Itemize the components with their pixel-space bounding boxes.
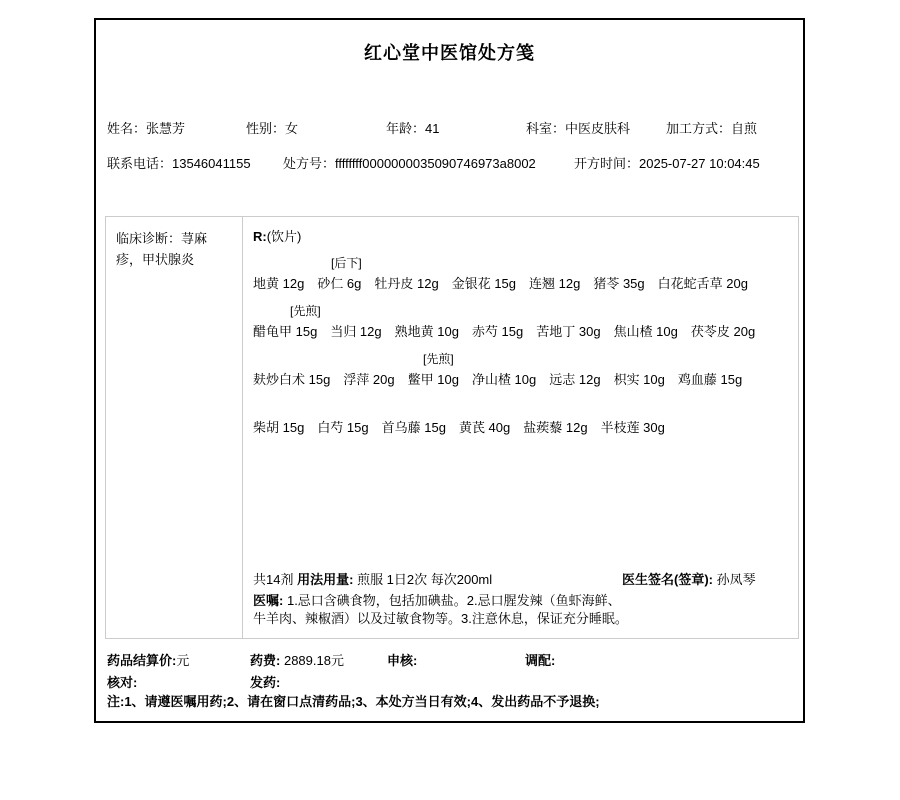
page: { "title": "红心堂中医馆处方笺", "patient": { "na… xyxy=(0,0,900,800)
herb-groups: [后下]地黄 12g砂仁 6g牡丹皮 12g金银花 15g连翘 12g猪苓 35… xyxy=(253,253,788,445)
herb-item: 猪苓 35g xyxy=(593,276,644,291)
doctor-advice: 医嘱: 1.忌口含碘食物，包括加碘盐。2.忌口腥发辣（鱼虾海鲜、 牛羊肉、辣椒酒… xyxy=(253,592,683,628)
patient-department-value: 中医皮肤科 xyxy=(565,121,630,136)
fee-value: 2889.18元 xyxy=(284,653,344,668)
herb-line: 醋龟甲 15g当归 12g熟地黄 10g赤芍 15g苦地丁 30g焦山楂 10g… xyxy=(253,322,788,349)
doctor-signature-label: 医生签名(签章): xyxy=(622,572,713,587)
herb-item: 浮萍 20g xyxy=(343,372,394,387)
patient-phone-value: 13546041155 xyxy=(172,156,251,171)
prescription-cell: R:(饮片) [后下]地黄 12g砂仁 6g牡丹皮 12g金银花 15g连翘 1… xyxy=(243,217,798,638)
settle-price-value: 元 xyxy=(176,653,189,668)
herb-item: 麸炒白术 15g xyxy=(253,372,330,387)
patient-age-label: 年龄： xyxy=(386,121,425,136)
herb-item: 焦山楂 10g xyxy=(614,324,678,339)
rx-label: R: xyxy=(253,229,267,244)
prescription-time-value: 2025-07-27 10:04:45 xyxy=(639,156,760,171)
herb-group: 柴胡 15g白芍 15g首乌藤 15g黄芪 40g盐蒺藜 12g半枝莲 30g xyxy=(253,397,788,445)
prepare-field: 调配: xyxy=(525,650,555,669)
herb-item: 砂仁 6g xyxy=(317,276,361,291)
herb-item: 柴胡 15g xyxy=(253,420,304,435)
processing-method-value: 自煎 xyxy=(731,121,757,136)
herb-item: 鸡血藤 15g xyxy=(678,372,742,387)
check-field: 核对: xyxy=(107,672,137,691)
diagnosis-label: 临床诊断： xyxy=(116,231,181,246)
doctor-advice-label: 医嘱: xyxy=(253,593,283,608)
patient-gender-label: 性别： xyxy=(246,121,285,136)
patient-phone-label: 联系电话： xyxy=(107,156,172,171)
usage-value: 煎服 1日2次 每次200ml xyxy=(357,572,492,587)
herb-item: 茯苓皮 20g xyxy=(691,324,755,339)
dispense-field: 发药: xyxy=(250,672,280,691)
processing-method-field: 加工方式：自煎 xyxy=(666,118,757,137)
herb-item: 黄芪 40g xyxy=(459,420,510,435)
check-label: 核对: xyxy=(107,675,137,690)
prescription-number-field: 处方号：ffffffff0000000035090746973a8002 xyxy=(283,153,536,172)
herb-item: 白芍 15g xyxy=(317,420,368,435)
fee-field: 药费: 2889.18元 xyxy=(250,650,344,669)
prescription-number-label: 处方号： xyxy=(283,156,335,171)
herb-item: 连翘 12g xyxy=(529,276,580,291)
preparation-tag: [先煎] xyxy=(290,301,788,322)
herb-group: [先煎]醋龟甲 15g当归 12g熟地黄 10g赤芍 15g苦地丁 30g焦山楂… xyxy=(253,301,788,349)
rx-type: (饮片) xyxy=(267,229,302,244)
rx-header: R:(饮片) xyxy=(253,226,788,253)
patient-name-value: 张慧芳 xyxy=(146,121,185,136)
patient-phone-field: 联系电话：13546041155 xyxy=(107,153,251,172)
herb-item: 赤芍 15g xyxy=(472,324,523,339)
herb-item: 熟地黄 10g xyxy=(395,324,459,339)
prescription-number-value: ffffffff0000000035090746973a8002 xyxy=(335,156,536,171)
herb-item: 鳖甲 10g xyxy=(408,372,459,387)
herb-group: [先煎]麸炒白术 15g浮萍 20g鳖甲 10g净山楂 10g远志 12g枳实 … xyxy=(253,349,788,397)
herb-item: 醋龟甲 15g xyxy=(253,324,317,339)
herb-line: 柴胡 15g白芍 15g首乌藤 15g黄芪 40g盐蒺藜 12g半枝莲 30g xyxy=(253,418,788,445)
patient-name-field: 姓名：张慧芳 xyxy=(107,118,185,137)
herb-item: 首乌藤 15g xyxy=(382,420,446,435)
dispense-label: 发药: xyxy=(250,675,280,690)
processing-method-label: 加工方式： xyxy=(666,121,731,136)
settle-price-field: 药品结算价:元 xyxy=(107,650,189,669)
preparation-tag: [先煎] xyxy=(423,349,788,370)
footer-note: 注:1、请遵医嘱用药;2、请在窗口点清药品;3、本处方当日有效;4、发出药品不予… xyxy=(107,691,600,710)
review-label: 申核: xyxy=(387,653,417,668)
herb-item: 盐蒺藜 12g xyxy=(523,420,587,435)
fee-label: 药费: xyxy=(250,653,280,668)
herb-item: 当归 12g xyxy=(330,324,381,339)
prescription-sheet: 红心堂中医馆处方笺 姓名：张慧芳 性别：女 年龄：41 科室：中医皮肤科 加工方… xyxy=(94,18,805,723)
herb-item: 金银花 15g xyxy=(452,276,516,291)
prescription-time-field: 开方时间：2025-07-27 10:04:45 xyxy=(574,153,760,172)
herb-item: 远志 12g xyxy=(549,372,600,387)
dose-count: 共14剂 xyxy=(253,572,293,587)
herb-item: 牡丹皮 12g xyxy=(374,276,438,291)
patient-department-label: 科室： xyxy=(526,121,565,136)
herb-item: 枳实 10g xyxy=(614,372,665,387)
usage-line: 共14剂 用法用量: 煎服 1日2次 每次200ml 医生签名(签章): 孙凤琴 xyxy=(253,572,788,592)
settle-price-label: 药品结算价: xyxy=(107,653,176,668)
patient-name-label: 姓名： xyxy=(107,121,146,136)
patient-gender-value: 女 xyxy=(285,121,298,136)
herb-item: 地黄 12g xyxy=(253,276,304,291)
doctor-advice-text: 1.忌口含碘食物，包括加碘盐。2.忌口腥发辣（鱼虾海鲜、 牛羊肉、辣椒酒）以及过… xyxy=(253,593,628,626)
spacer xyxy=(253,445,788,572)
herb-item: 净山楂 10g xyxy=(472,372,536,387)
prescription-time-label: 开方时间： xyxy=(574,156,639,171)
page-title: 红心堂中医馆处方笺 xyxy=(96,39,803,65)
preparation-tag: [后下] xyxy=(331,253,788,274)
herb-item: 半枝莲 30g xyxy=(601,420,665,435)
doctor-signature-name: 孙凤琴 xyxy=(717,572,756,587)
patient-gender-field: 性别：女 xyxy=(246,118,298,137)
herb-item: 白花蛇舌草 20g xyxy=(658,276,748,291)
herb-group: [后下]地黄 12g砂仁 6g牡丹皮 12g金银花 15g连翘 12g猪苓 35… xyxy=(253,253,788,301)
patient-age-value: 41 xyxy=(425,121,439,136)
usage-label: 用法用量: xyxy=(297,572,353,587)
prepare-label: 调配: xyxy=(525,653,555,668)
review-field: 申核: xyxy=(387,650,417,669)
patient-age-field: 年龄：41 xyxy=(386,118,439,137)
herb-line: 麸炒白术 15g浮萍 20g鳖甲 10g净山楂 10g远志 12g枳实 10g鸡… xyxy=(253,370,788,397)
herb-item: 苦地丁 30g xyxy=(536,324,600,339)
doctor-signature: 医生签名(签章): 孙凤琴 xyxy=(622,572,756,588)
prescription-table: 临床诊断：荨麻疹，甲状腺炎 R:(饮片) [后下]地黄 12g砂仁 6g牡丹皮 … xyxy=(105,216,799,639)
patient-department-field: 科室：中医皮肤科 xyxy=(526,118,630,137)
herb-line: 地黄 12g砂仁 6g牡丹皮 12g金银花 15g连翘 12g猪苓 35g白花蛇… xyxy=(253,274,788,301)
diagnosis-cell: 临床诊断：荨麻疹，甲状腺炎 xyxy=(106,217,243,638)
preparation-tag xyxy=(253,397,788,418)
